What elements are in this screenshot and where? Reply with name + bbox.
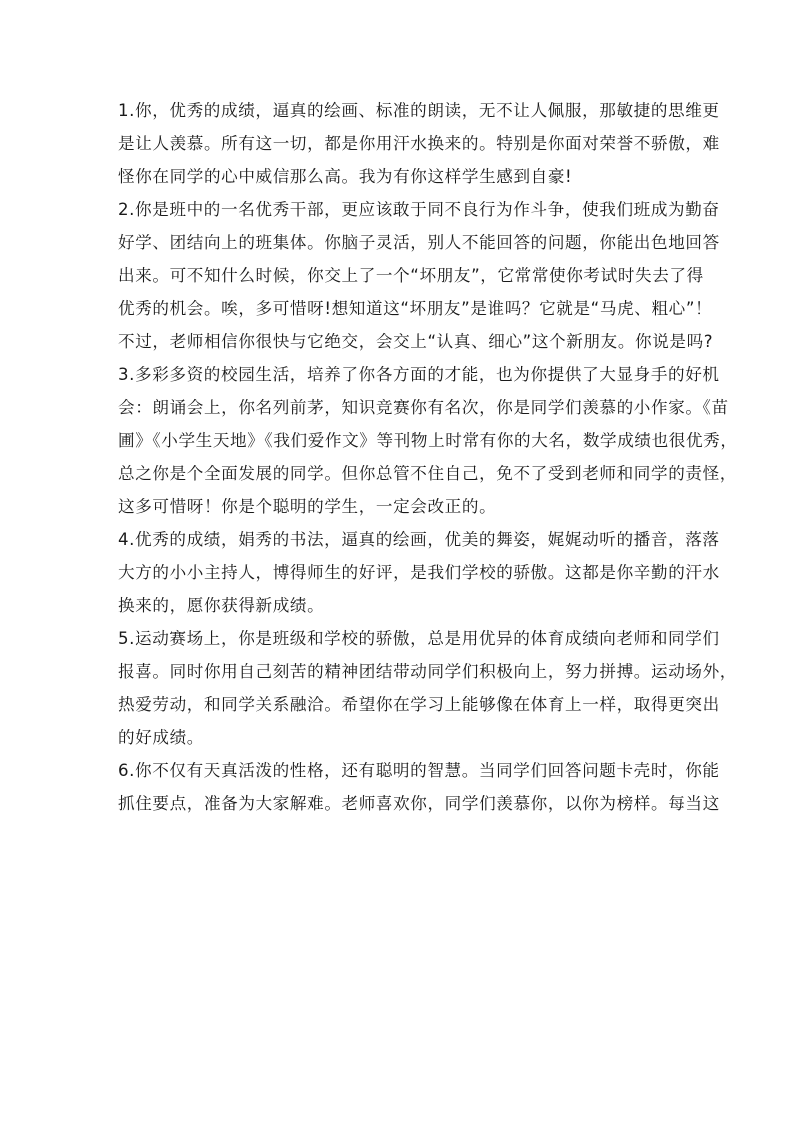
text-line: 出来。可不知什么时候，你交上了一个“坏朋友”，它常常使你考试时失去了得 <box>118 259 678 292</box>
text-line: 3.多彩多资的校园生活，培养了你各方面的才能，也为你提供了大显身手的好机 <box>118 358 678 391</box>
text-line: 圃》《小学生天地》《我们爱作文》等刊物上时常有你的大名，数学成绩也很优秀， <box>118 424 678 457</box>
text-line: 优秀的机会。唉，多可惜呀!想知道这“坏朋友”是谁吗？它就是“马虎、粗心”！ <box>118 292 678 325</box>
text-line: 抓住要点，准备为大家解难。老师喜欢你，同学们羡慕你，以你为榜样。每当这 <box>118 787 678 820</box>
paragraph-6: 6.你不仅有天真活泼的性格，还有聪明的智慧。当同学们回答问题卡壳时，你能 抓住要… <box>118 754 678 820</box>
text-line: 的好成绩。 <box>118 721 678 754</box>
text-line: 1.你，优秀的成绩，逼真的绘画、标准的朗读，无不让人佩服，那敏捷的思维更 <box>118 94 678 127</box>
text-line: 这多可惜呀！你是个聪明的学生，一定会改正的。 <box>118 490 678 523</box>
paragraph-1: 1.你，优秀的成绩，逼真的绘画、标准的朗读，无不让人佩服，那敏捷的思维更 是让人… <box>118 94 678 193</box>
text-line: 总之你是个全面发展的同学。但你总管不住自己，免不了受到老师和同学的责怪， <box>118 457 678 490</box>
text-line: 好学、团结向上的班集体。你脑子灵活，别人不能回答的问题，你能出色地回答 <box>118 226 678 259</box>
paragraph-3: 3.多彩多资的校园生活，培养了你各方面的才能，也为你提供了大显身手的好机 会：朗… <box>118 358 678 523</box>
paragraph-4: 4.优秀的成绩，娟秀的书法，逼真的绘画，优美的舞姿，娓娓动听的播音，落落 大方的… <box>118 523 678 622</box>
text-line: 不过，老师相信你很快与它绝交，会交上“认真、细心”这个新朋友。你说是吗? <box>118 325 678 358</box>
text-line: 会：朗诵会上，你名列前茅，知识竞赛你有名次，你是同学们羡慕的小作家。《苗 <box>118 391 678 424</box>
text-line: 换来的，愿你获得新成绩。 <box>118 589 678 622</box>
text-line: 报喜。同时你用自己刻苦的精神团结带动同学们积极向上，努力拼搏。运动场外， <box>118 655 678 688</box>
paragraph-5: 5.运动赛场上，你是班级和学校的骄傲，总是用优异的体育成绩向老师和同学们 报喜。… <box>118 622 678 754</box>
text-line: 怪你在同学的心中威信那么高。我为有你这样学生感到自豪! <box>118 160 678 193</box>
text-line: 6.你不仅有天真活泼的性格，还有聪明的智慧。当同学们回答问题卡壳时，你能 <box>118 754 678 787</box>
text-line: 热爱劳动，和同学关系融洽。希望你在学习上能够像在体育上一样，取得更突出 <box>118 688 678 721</box>
text-line: 是让人羡慕。所有这一切，都是你用汗水换来的。特别是你面对荣誉不骄傲，难 <box>118 127 678 160</box>
text-line: 大方的小小主持人，博得师生的好评，是我们学校的骄傲。这都是你辛勤的汗水 <box>118 556 678 589</box>
text-line: 5.运动赛场上，你是班级和学校的骄傲，总是用优异的体育成绩向老师和同学们 <box>118 622 678 655</box>
text-line: 4.优秀的成绩，娟秀的书法，逼真的绘画，优美的舞姿，娓娓动听的播音，落落 <box>118 523 678 556</box>
document-page: 1.你，优秀的成绩，逼真的绘画、标准的朗读，无不让人佩服，那敏捷的思维更 是让人… <box>118 94 678 820</box>
text-line: 2.你是班中的一名优秀干部，更应该敢于同不良行为作斗争，使我们班成为勤奋 <box>118 193 678 226</box>
paragraph-2: 2.你是班中的一名优秀干部，更应该敢于同不良行为作斗争，使我们班成为勤奋 好学、… <box>118 193 678 358</box>
